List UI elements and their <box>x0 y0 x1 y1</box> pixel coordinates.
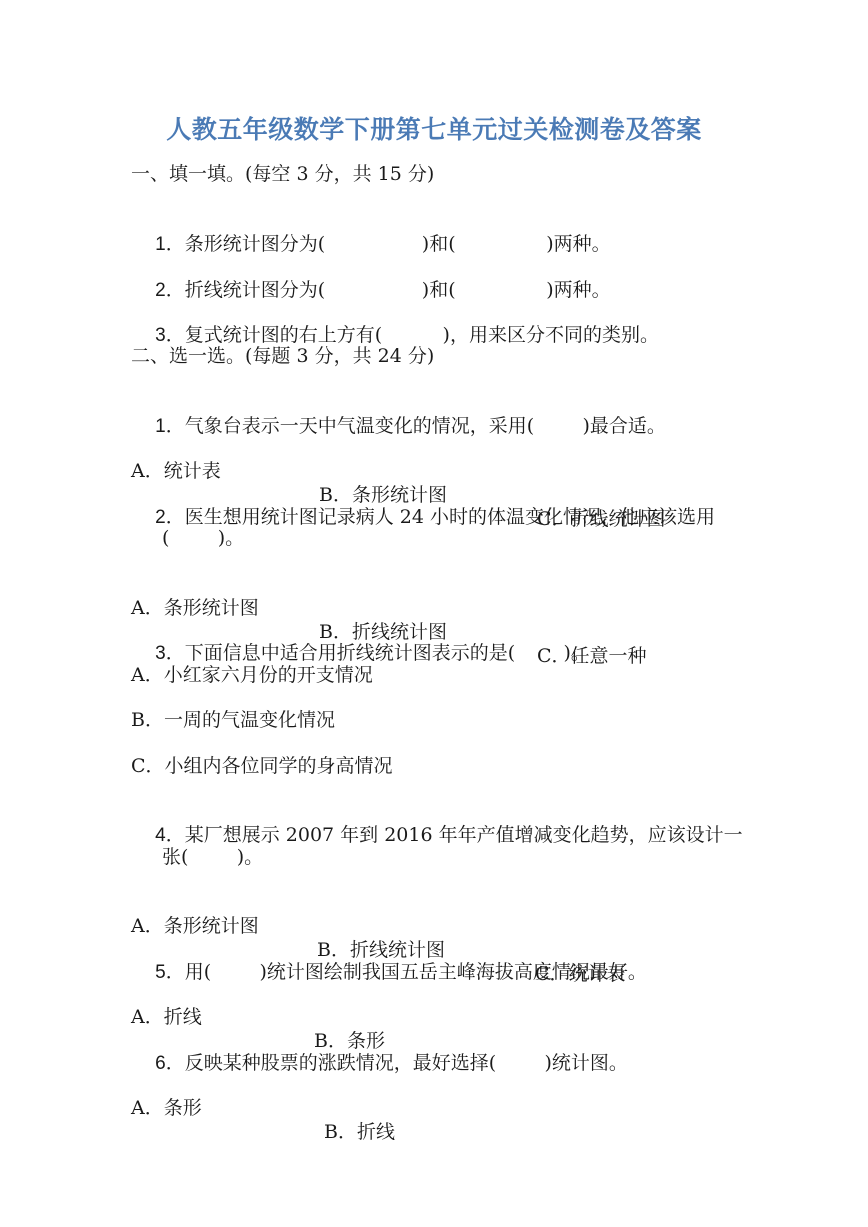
option-c: C．小组内各位同学的身高情况 <box>131 754 393 778</box>
section-heading-choice: 二、选一选。(每题 3 分，共 24 分) <box>131 344 434 368</box>
question-number: 2． <box>155 507 185 528</box>
question-text: 医生想用统计图记录病人 24 小时的体温变化情况，他应该选用 <box>185 506 715 528</box>
section-heading-fill: 一、填一填。(每空 3 分，共 15 分) <box>131 162 434 186</box>
option-a: A．条形 <box>131 1096 202 1120</box>
question-number: 1． <box>155 416 185 437</box>
question-text: 下面信息中适合用折线统计图表示的是( )。 <box>185 642 590 664</box>
option-b: B．一周的气温变化情况 <box>131 708 335 732</box>
question-text: 条形统计图分为( )和( )两种。 <box>185 233 611 255</box>
question-number: 3． <box>155 325 185 346</box>
question-text: 复式统计图的右上方有( )，用来区分不同的类别。 <box>185 324 659 346</box>
option-b: B．折线 <box>324 1120 395 1144</box>
question-text: 某厂想展示 2007 年到 2016 年年产值增减变化趋势，应该设计一 <box>185 824 743 846</box>
options-row: A．条形 B．折线 <box>131 1072 831 1096</box>
question-text: 用( )统计图绘制我国五岳主峰海拔高度情况最好。 <box>185 961 647 983</box>
question-text: 反映某种股票的涨跌情况，最好选择( )统计图。 <box>185 1052 628 1074</box>
question-continuation: 张( )。 <box>162 845 263 869</box>
question-number: 1． <box>155 234 185 255</box>
option-a: A．小红家六月份的开支情况 <box>131 663 373 687</box>
question-number: 5． <box>155 962 185 983</box>
page-title: 人教五年级数学下册第七单元过关检测卷及答案 <box>0 110 868 146</box>
question-text: 气象台表示一天中气温变化的情况，采用( )最合适。 <box>185 415 666 437</box>
question-text: 折线统计图分为( )和( )两种。 <box>185 279 611 301</box>
option-a: A．折线 <box>131 1005 202 1029</box>
options-row: A．统计表 B．条形统计图 C．折线统计图 <box>131 435 831 459</box>
question-number: 2． <box>155 280 185 301</box>
option-a: A．统计表 <box>131 459 221 483</box>
exam-page: 人教五年级数学下册第七单元过关检测卷及答案 一、填一填。(每空 3 分，共 15… <box>0 0 868 1227</box>
question-continuation: ( )。 <box>162 526 244 550</box>
options-row: A．折线 B．条形 <box>131 981 831 1005</box>
question-number: 3． <box>155 643 185 664</box>
question-number: 6． <box>155 1053 185 1074</box>
options-row: A．条形统计图 B．折线统计图 C．任意一种 <box>131 572 831 596</box>
option-a: A．条形统计图 <box>131 914 259 938</box>
question-number: 4． <box>155 825 185 846</box>
options-row: A．条形统计图 B．折线统计图 C．统计表 <box>131 890 831 914</box>
